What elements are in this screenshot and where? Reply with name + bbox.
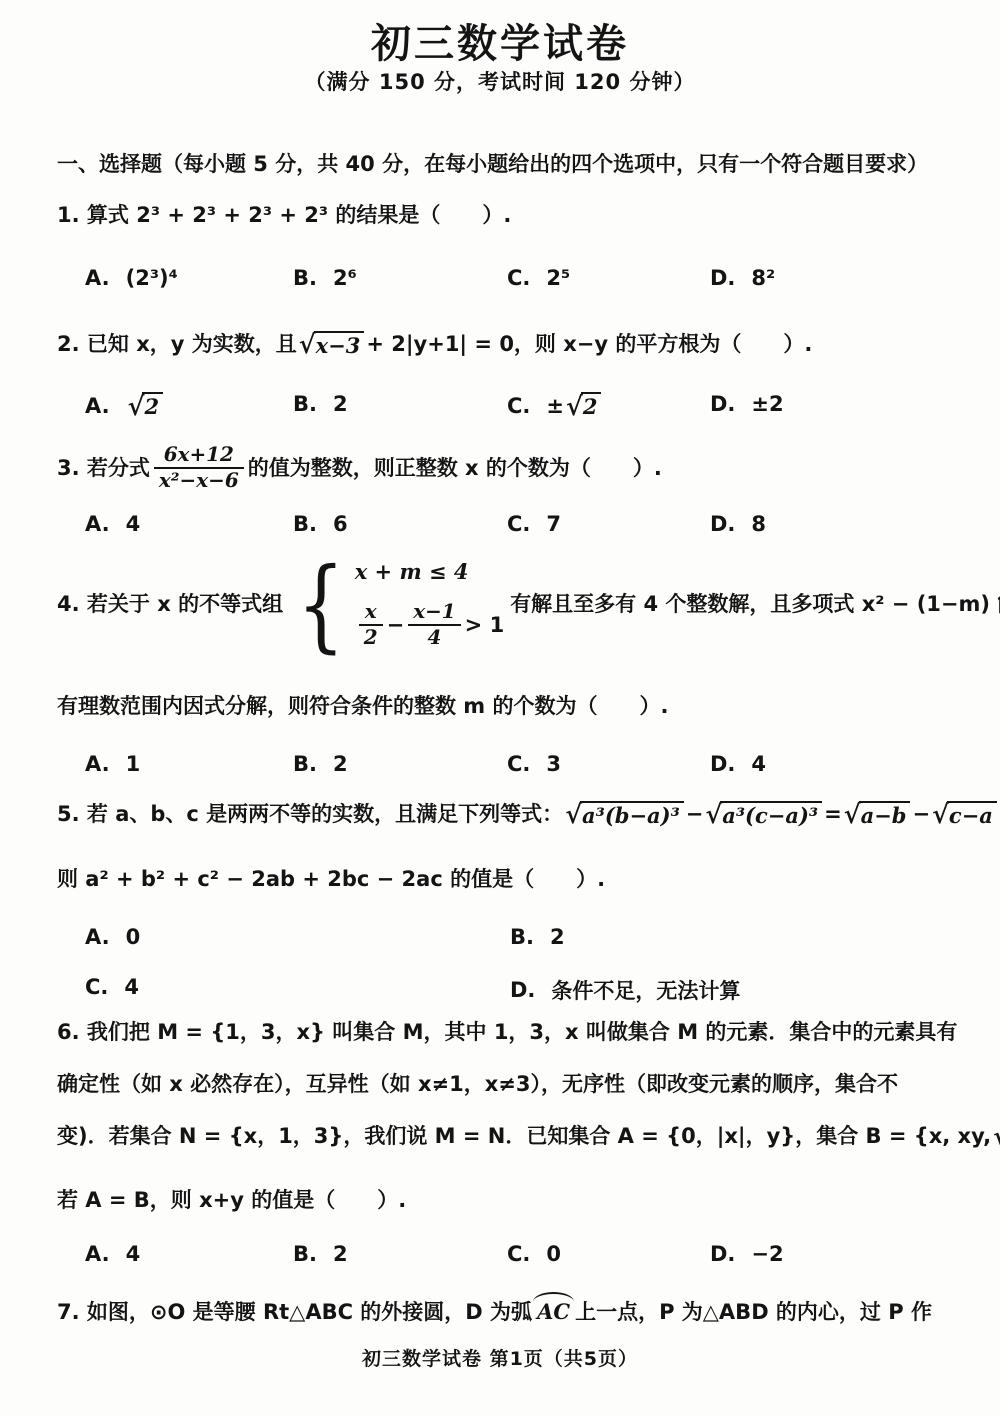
sqrt-radicand: 2 <box>581 392 602 419</box>
sqrt-expression: 2 <box>128 392 163 419</box>
sqrt-radicand: a³(b−a)³ <box>580 801 684 828</box>
option-label: C. <box>85 975 108 999</box>
question-1-options: A.(2³)⁴ B.2⁶ C.2⁵ D.8² <box>0 266 1000 296</box>
sqrt-expression: a−b <box>844 801 911 828</box>
option-c: C.0 <box>507 1242 561 1266</box>
fraction-denominator: x²−x−6 <box>154 467 244 493</box>
option-d: D.8² <box>710 266 775 290</box>
option-value: 0 <box>546 1242 561 1266</box>
question-6-line3: 变)．若集合 N = {x，1，3}，我们说 M = N．已知集合 A = {0… <box>57 1122 990 1150</box>
option-label: A. <box>85 752 110 776</box>
fraction: 6x+12x²−x−6 <box>154 443 244 493</box>
exam-page: 初三数学试卷 （满分 150 分，考试时间 120 分钟） 一、选择题（每小题 … <box>0 0 1000 1416</box>
option-c: C.±2 <box>507 392 603 419</box>
text-segment: 上一点，P 为△ABD 的内心，过 P 作 <box>575 1298 932 1326</box>
option-label: D. <box>710 392 735 416</box>
question-6-options: A.4 B.2 C.0 D.−2 <box>0 1242 1000 1272</box>
text-segment: 7. 如图，⊙O 是等腰 Rt△ABC 的外接圆，D 为弧 <box>57 1298 532 1326</box>
option-label: B. <box>293 1242 317 1266</box>
text-segment: 变)．若集合 N = {x，1，3}，我们说 M = N．已知集合 A = {0… <box>57 1122 991 1150</box>
sqrt-expression: a³(b−a)³ <box>565 801 684 828</box>
option-a: A.2 <box>85 392 165 419</box>
plus-minus-sign: ± <box>546 394 564 418</box>
option-value: 8² <box>751 266 775 290</box>
option-d: D.4 <box>710 752 766 776</box>
page-subtitle: （满分 150 分，考试时间 120 分钟） <box>0 66 1000 96</box>
option-value: ±2 <box>751 392 783 416</box>
text-segment: 5. 若 a、b、c 是两两不等的实数，且满足下列等式： <box>57 800 563 828</box>
option-value: 7 <box>546 512 561 536</box>
option-b: B.6 <box>293 512 348 536</box>
option-value: 4 <box>751 752 766 776</box>
option-value: 2⁵ <box>546 266 570 290</box>
option-value: 4 <box>126 1242 141 1266</box>
option-c: C.7 <box>507 512 561 536</box>
sqrt-expression: a³(c−a)³ <box>705 801 822 828</box>
question-5-line2: 则 a² + b² + c² − 2ab + 2bc − 2ac 的值是（ ）. <box>57 865 970 893</box>
option-label: B. <box>293 512 317 536</box>
system-row-1: x + m ≤ 4 <box>355 558 469 586</box>
option-label: B. <box>293 752 317 776</box>
text-segment: 3. 若分式 <box>57 454 150 482</box>
page-title: 初三数学试卷 <box>0 12 1000 69</box>
page-footer: 初三数学试卷 第1页（共5页） <box>0 1344 1000 1371</box>
option-label: C. <box>507 394 530 418</box>
option-label: A. <box>85 925 110 949</box>
sqrt-expression: x−3 <box>299 331 365 358</box>
fraction-denominator: 2 <box>359 624 383 650</box>
option-b: B.2 <box>293 392 348 416</box>
question-2-stem: 2. 已知 x，y 为实数，且 x−3 + 2|y+1| = 0，则 x−y 的… <box>57 330 970 358</box>
option-a: A.0 <box>85 925 140 949</box>
option-d: D.−2 <box>710 1242 784 1266</box>
question-4-options: A.1 B.2 C.3 D.4 <box>0 752 1000 782</box>
text-segment: 有解且至多有 4 个整数解，且多项式 x² − (1−m) 能在 <box>510 590 1000 618</box>
fraction-numerator: 6x+12 <box>154 443 244 467</box>
option-label: D. <box>710 1242 735 1266</box>
question-3-options: A.4 B.6 C.7 D.8 <box>0 512 1000 542</box>
fraction-numerator: x−1 <box>408 600 460 624</box>
option-label: C. <box>507 1242 530 1266</box>
option-value: 6 <box>333 512 348 536</box>
inequality-system: x + m ≤ 4 x2 − x−14 > 1 <box>289 558 504 650</box>
question-2-options: A.2 B.2 C.±2 D.±2 <box>0 392 1000 422</box>
text-segment: 2. 已知 x，y 为实数，且 <box>57 330 297 358</box>
question-3-stem: 3. 若分式 6x+12x²−x−6 的值为整数，则正整数 x 的个数为（ ）. <box>57 443 970 493</box>
fraction-denominator: 4 <box>408 624 460 650</box>
option-value: 2⁶ <box>333 266 357 290</box>
option-b: B.2 <box>293 1242 348 1266</box>
option-a: A.4 <box>85 1242 140 1266</box>
question-5-options-row1: A.0 B.2 <box>0 925 1000 955</box>
minus-sign: − <box>686 800 704 828</box>
option-value: 8 <box>751 512 766 536</box>
option-label: A. <box>85 512 110 536</box>
sqrt-radicand: c−a <box>947 801 997 828</box>
question-1-stem: 1. 算式 2³ + 2³ + 2³ + 2³ 的结果是（ ）. <box>57 201 970 229</box>
option-label: D. <box>510 978 535 1002</box>
option-c: C.3 <box>507 752 561 776</box>
system-row-2: x2 − x−14 > 1 <box>355 600 504 650</box>
option-value: 4 <box>124 975 139 999</box>
option-value: 4 <box>126 512 141 536</box>
inequality-tail: > 1 <box>465 611 505 639</box>
option-label: B. <box>293 392 317 416</box>
question-6-line1: 6. 我们把 M = {1，3，x} 叫集合 M，其中 1，3，x 叫做集合 M… <box>57 1018 970 1046</box>
option-label: C. <box>507 266 530 290</box>
question-6-line2: 确定性（如 x 必然存在），互异性（如 x≠1，x≠3），无序性（即改变元素的顺… <box>57 1070 970 1098</box>
sqrt-expression: 2 <box>566 392 601 419</box>
section-header: 一、选择题（每小题 5 分，共 40 分，在每小题给出的四个选项中，只有一个符合… <box>57 148 970 178</box>
option-value: 0 <box>126 925 141 949</box>
minus-sign: − <box>912 800 930 828</box>
text-segment: 的值为整数，则正整数 x 的个数为（ ）. <box>248 454 662 482</box>
question-5-stem: 5. 若 a、b、c 是两两不等的实数，且满足下列等式： a³(b−a)³ − … <box>57 800 990 828</box>
option-value: 2 <box>333 752 348 776</box>
option-label: D. <box>710 512 735 536</box>
option-a: A.1 <box>85 752 140 776</box>
option-label: A. <box>85 1242 110 1266</box>
fraction: x2 <box>359 600 383 650</box>
option-label: B. <box>510 925 534 949</box>
option-b: B.2 <box>510 925 565 949</box>
option-label: A. <box>85 266 110 290</box>
option-value: 条件不足，无法计算 <box>551 975 740 1005</box>
option-c: C.2⁵ <box>507 266 570 290</box>
option-d: D.条件不足，无法计算 <box>510 975 740 1005</box>
option-label: A. <box>85 394 110 418</box>
option-label: D. <box>710 266 735 290</box>
sqrt-expression: c−a <box>932 801 997 828</box>
option-c: C.4 <box>85 975 139 999</box>
fraction-numerator: x <box>359 600 383 624</box>
option-label: B. <box>293 266 317 290</box>
sqrt-radicand: 2 <box>142 392 163 419</box>
question-7-stem: 7. 如图，⊙O 是等腰 Rt△ABC 的外接圆，D 为弧 AC 上一点，P 为… <box>57 1298 990 1326</box>
option-a: A.(2³)⁴ <box>85 266 178 290</box>
option-value: 2 <box>550 925 565 949</box>
question-5-options-row2: C.4 D.条件不足，无法计算 <box>0 975 1000 1005</box>
option-label: C. <box>507 752 530 776</box>
option-label: D. <box>710 752 735 776</box>
equals-sign: = <box>824 800 842 828</box>
text-segment: + 2|y+1| = 0，则 x−y 的平方根为（ ）. <box>366 330 812 358</box>
option-d: D.±2 <box>710 392 784 416</box>
system-rows: x + m ≤ 4 x2 − x−14 > 1 <box>355 558 504 650</box>
option-b: B.2 <box>293 752 348 776</box>
question-4-stem: 4. 若关于 x 的不等式组 x + m ≤ 4 x2 − x−14 > 1 有… <box>57 558 980 650</box>
minus-sign: − <box>387 611 405 639</box>
arc-AC: AC <box>535 1298 572 1326</box>
option-label: C. <box>507 512 530 536</box>
sqrt-expression: x−y <box>993 1123 1000 1150</box>
option-value: (2³)⁴ <box>126 266 178 290</box>
option-value: 2 <box>333 1242 348 1266</box>
text-segment: 4. 若关于 x 的不等式组 <box>57 590 283 618</box>
question-6-line4: 若 A = B，则 x+y 的值是（ ）. <box>57 1186 970 1214</box>
sqrt-radicand: a³(c−a)³ <box>720 801 822 828</box>
option-a: A.4 <box>85 512 140 536</box>
option-value: 1 <box>126 752 141 776</box>
option-value: 2 <box>333 392 348 416</box>
question-4-line2: 有理数范围内因式分解，则符合条件的整数 m 的个数为（ ）. <box>57 692 970 720</box>
option-b: B.2⁶ <box>293 266 357 290</box>
fraction: x−14 <box>408 600 460 650</box>
sqrt-radicand: x−3 <box>314 331 365 358</box>
option-d: D.8 <box>710 512 766 536</box>
option-value: 3 <box>546 752 561 776</box>
sqrt-radicand: a−b <box>859 801 911 828</box>
option-value: −2 <box>751 1242 783 1266</box>
